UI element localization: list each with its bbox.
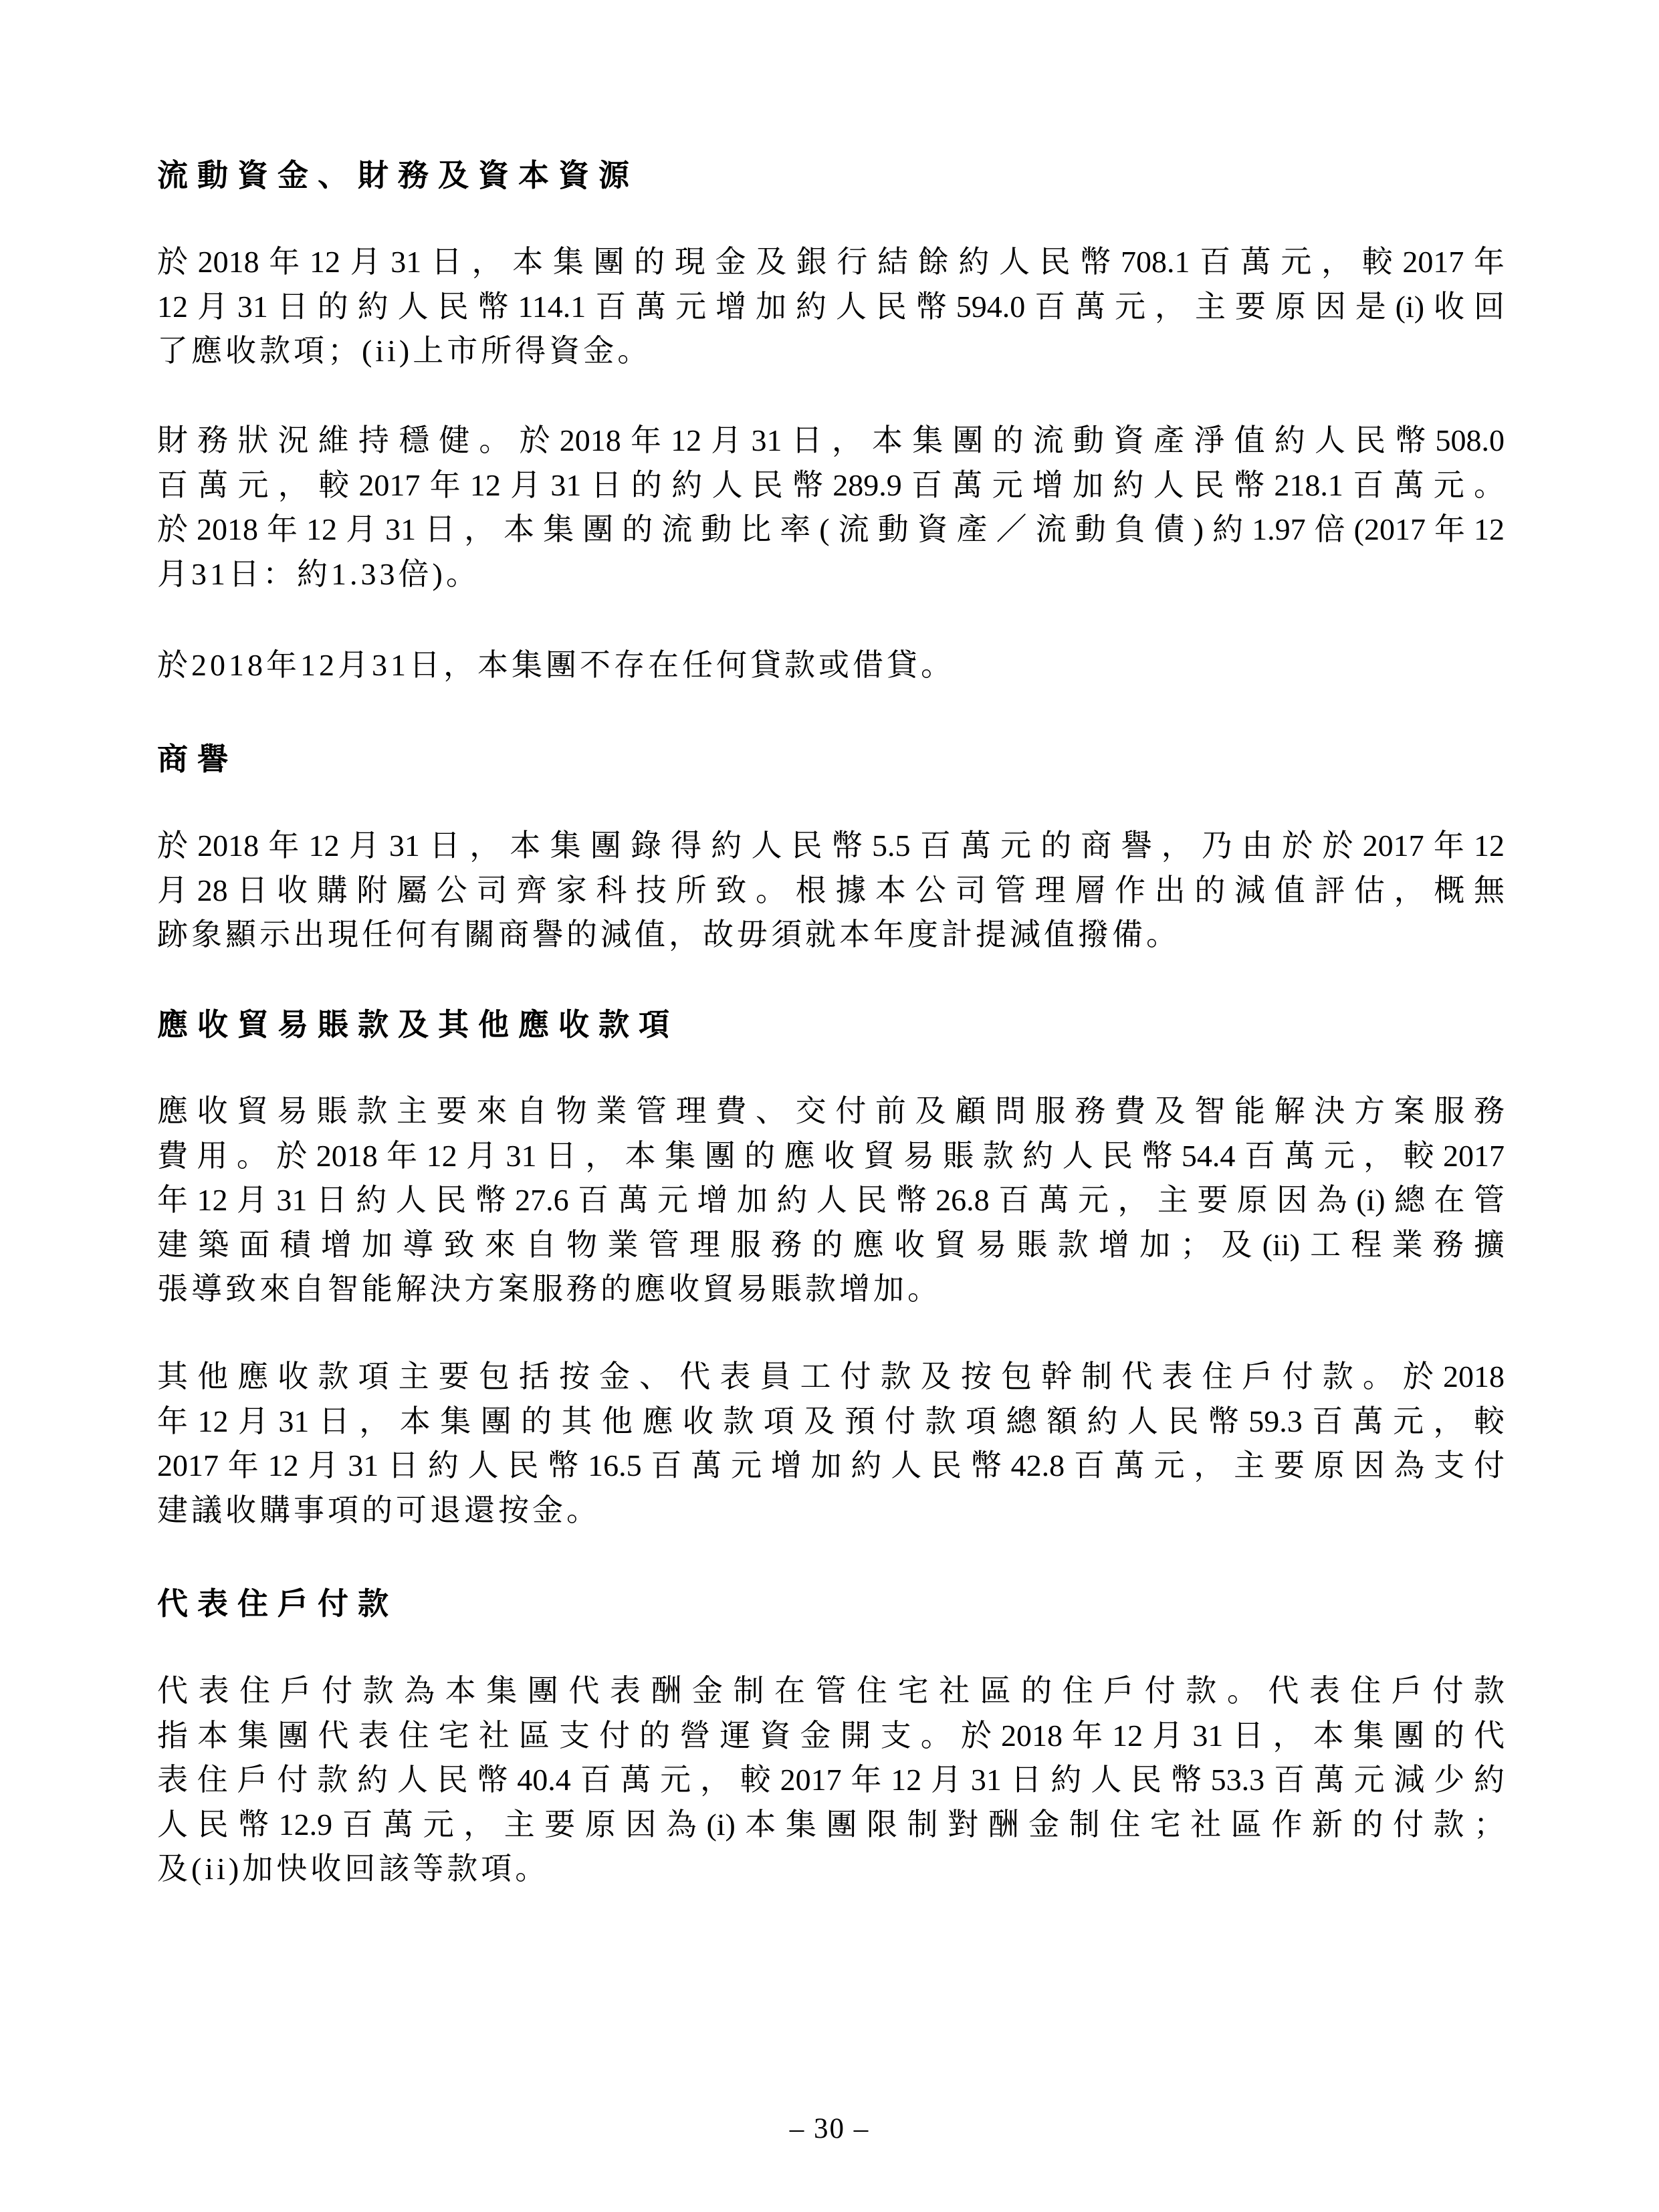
text-line: 2017年12月31日約人民幣16.5百萬元增加約人民幣42.8百萬元，主要原因…	[157, 1444, 1505, 1488]
paragraph-no-borrowings: 於2018年12月31日，本集團不存在任何貸款或借貸。	[157, 643, 1505, 688]
section-heading-liquidity-finance-capital: 流動資金、財務及資本資源	[157, 158, 1505, 192]
text-line: 跡象顯示出現任何有關商譽的減值，故毋須就本年度計提減值撥備。	[157, 913, 1505, 958]
text-line: 建議收購事項的可退還按金。	[157, 1488, 1505, 1533]
text-line: 年12月31日約人民幣27.6百萬元增加約人民幣26.8百萬元，主要原因為(i)…	[157, 1178, 1505, 1223]
section-heading-goodwill: 商譽	[157, 742, 1505, 776]
text-line: 12月31日的約人民幣114.1百萬元增加約人民幣594.0百萬元，主要原因是(…	[157, 285, 1505, 330]
text-line: 建築面積增加導致來自物業管理服務的應收貿易賬款增加；及(ii)工程業務擴	[157, 1223, 1505, 1268]
text-line: 年12月31日，本集團的其他應收款項及預付款項總額約人民幣59.3百萬元，較	[157, 1400, 1505, 1444]
paragraph-goodwill: 於2018年12月31日，本集團錄得約人民幣5.5百萬元的商譽，乃由於於2017…	[157, 824, 1505, 958]
page-number: – 30 –	[0, 2112, 1659, 2146]
text-line: 於2018年12月31日，本集團的現金及銀行結餘約人民幣708.1百萬元，較20…	[157, 240, 1505, 285]
paragraph-payments-on-behalf-of-residents: 代表住戶付款為本集團代表酬金制在管住宅社區的住戶付款。代表住戶付款 指本集團代表…	[157, 1669, 1505, 1892]
document-page: 流動資金、財務及資本資源 於2018年12月31日，本集團的現金及銀行結餘約人民…	[0, 0, 1659, 2212]
text-line: 百萬元，較2017年12月31日的約人民幣289.9百萬元增加約人民幣218.1…	[157, 463, 1505, 508]
text-line: 表住戶付款約人民幣40.4百萬元，較2017年12月31日約人民幣53.3百萬元…	[157, 1758, 1505, 1803]
text-line: 於2018年12月31日，本集團錄得約人民幣5.5百萬元的商譽，乃由於於2017…	[157, 824, 1505, 869]
section-heading-payments-on-behalf-of-residents: 代表住戶付款	[157, 1587, 1505, 1620]
paragraph-other-receivables: 其他應收款項主要包括按金、代表員工付款及按包幹制代表住戶付款。於2018 年12…	[157, 1355, 1505, 1533]
text-line: 指本集團代表住宅社區支付的營運資金開支。於2018年12月31日，本集團的代	[157, 1714, 1505, 1759]
text-line: 於2018年12月31日，本集團不存在任何貸款或借貸。	[157, 643, 1505, 688]
text-line: 月28日收購附屬公司齊家科技所致。根據本公司管理層作出的減值評估，概無	[157, 869, 1505, 913]
text-line: 應收貿易賬款主要來自物業管理費、交付前及顧問服務費及智能解決方案服務	[157, 1089, 1505, 1134]
text-line: 其他應收款項主要包括按金、代表員工付款及按包幹制代表住戶付款。於2018	[157, 1355, 1505, 1400]
text-line: 月31日：約1.33倍)。	[157, 552, 1505, 597]
paragraph-cash-bank-balance: 於2018年12月31日，本集團的現金及銀行結餘約人民幣708.1百萬元，較20…	[157, 240, 1505, 374]
paragraph-trade-receivables: 應收貿易賬款主要來自物業管理費、交付前及顧問服務費及智能解決方案服務 費用。於2…	[157, 1089, 1505, 1312]
text-line: 及(ii)加快收回該等款項。	[157, 1847, 1505, 1892]
paragraph-net-current-assets: 財務狀況維持穩健。於2018年12月31日，本集團的流動資產淨值約人民幣508.…	[157, 419, 1505, 596]
text-line: 費用。於2018年12月31日，本集團的應收貿易賬款約人民幣54.4百萬元，較2…	[157, 1134, 1505, 1179]
text-line: 於2018年12月31日，本集團的流動比率(流動資產／流動負債)約1.97倍(2…	[157, 508, 1505, 552]
section-heading-trade-other-receivables: 應收貿易賬款及其他應收款項	[157, 1008, 1505, 1041]
text-line: 代表住戶付款為本集團代表酬金制在管住宅社區的住戶付款。代表住戶付款	[157, 1669, 1505, 1714]
text-line: 人民幣12.9百萬元，主要原因為(i)本集團限制對酬金制住宅社區作新的付款；	[157, 1803, 1505, 1848]
text-line: 張導致來自智能解決方案服務的應收貿易賬款增加。	[157, 1267, 1505, 1312]
text-line: 了應收款項；(ii)上市所得資金。	[157, 329, 1505, 374]
text-line: 財務狀況維持穩健。於2018年12月31日，本集團的流動資產淨值約人民幣508.…	[157, 419, 1505, 463]
